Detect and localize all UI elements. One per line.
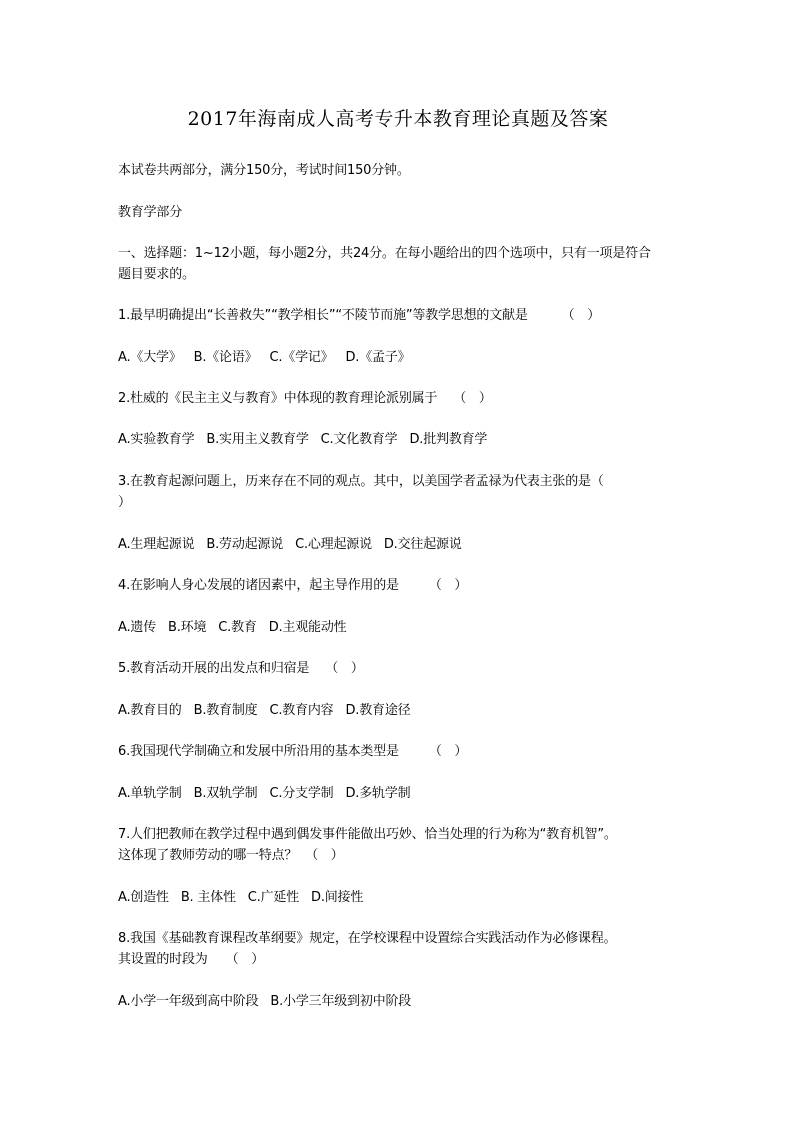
option-d: D.多轨学制 [345, 786, 410, 801]
option-a: A.生理起源说 [118, 537, 194, 552]
option-a: A.《大学》 [118, 350, 182, 365]
question-3: 3.在教育起源问题上，历来存在不同的观点。其中，以美国学者孟禄为代表主张的是（ [118, 471, 604, 492]
question-7-options: A.创造性B. 主体性C.广延性D.间接性 [118, 887, 375, 908]
answer-blank: （ ） [429, 575, 467, 596]
question-4: 4.在影响人身心发展的诸因素中，起主导作用的是（ ） [118, 575, 467, 596]
question-stem: 在教育起源问题上，历来存在不同的观点。其中，以美国学者孟禄为代表主张的是（ [130, 474, 604, 489]
question-8-cont: 其设置的时段为（ ） [118, 949, 264, 970]
document-title: 2017年海南成人高考专升本教育理论真题及答案 [118, 104, 678, 131]
question-8: 8.我国《基础教育课程改革纲要》规定，在学校课程中设置综合实践活动作为必修课程。 [118, 928, 616, 949]
option-b: B.《论语》 [194, 350, 258, 365]
answer-blank: （ ） [226, 949, 264, 970]
option-c: C.教育 [218, 620, 256, 635]
option-a: A.遗传 [118, 620, 156, 635]
option-d: D.间接性 [311, 890, 363, 905]
question-stem-cont: 这体现了教师劳动的哪一特点？ [118, 848, 297, 863]
question-number: 2. [118, 391, 130, 406]
question-number: 7. [118, 827, 130, 842]
question-6-options: A.单轨学制B.双轨学制C.分支学制D.多轨学制 [118, 783, 422, 804]
option-d: D.批判教育学 [409, 432, 487, 447]
section-instructions: 一、选择题：1~12小题，每小题2分，共24分。在每小题给出的四个选项中，只有一… [118, 243, 663, 285]
exam-intro: 本试卷共两部分，满分150分，考试时间150分钟。 [118, 160, 410, 181]
question-7-cont: 这体现了教师劳动的哪一特点？（ ） [118, 845, 344, 866]
question-3-cont: ） [118, 492, 131, 513]
option-c: C.广延性 [248, 890, 299, 905]
question-2: 2.杜威的《民主主义与教育》中体现的教育理论派别属于（ ） [118, 388, 492, 409]
question-number: 4. [118, 578, 130, 593]
option-a: A.实验教育学 [118, 432, 194, 447]
option-b: B.实用主义教育学 [206, 432, 308, 447]
option-d: D.《孟子》 [345, 350, 410, 365]
answer-blank: （ ） [453, 388, 491, 409]
option-b: B.环境 [168, 620, 206, 635]
question-number: 6. [118, 744, 130, 759]
question-7: 7.人们把教师在教学过程中遇到偶发事件能做出巧妙、恰当处理的行为称为“教育机智”… [118, 824, 617, 845]
option-a: A.单轨学制 [118, 786, 182, 801]
question-stem: 在影响人身心发展的诸因素中，起主导作用的是 [130, 578, 399, 593]
question-stem: 杜威的《民主主义与教育》中体现的教育理论派别属于 [130, 391, 437, 406]
question-1: 1.最早明确提出“长善救失”“教学相长”“不陵节而施”等教学思想的文献是（ ） [118, 305, 600, 326]
question-1-options: A.《大学》B.《论语》C.《学记》D.《孟子》 [118, 347, 422, 368]
question-5: 5.教育活动开展的出发点和归宿是（ ） [118, 658, 364, 679]
option-a: A.创造性 [118, 890, 169, 905]
answer-blank: （ ） [429, 741, 467, 762]
question-4-options: A.遗传B.环境C.教育D.主观能动性 [118, 617, 358, 638]
option-b: B.双轨学制 [194, 786, 258, 801]
option-a: A.小学一年级到高中阶段 [118, 994, 258, 1009]
question-6: 6.我国现代学制确立和发展中所沿用的基本类型是（ ） [118, 741, 467, 762]
option-d: D.交往起源说 [384, 537, 462, 552]
question-5-options: A.教育目的B.教育制度C.教育内容D.教育途径 [118, 700, 422, 721]
question-2-options: A.实验教育学B.实用主义教育学C.文化教育学D.批判教育学 [118, 429, 499, 450]
option-d: D.主观能动性 [269, 620, 347, 635]
option-b: B.小学三年级到初中阶段 [270, 994, 411, 1009]
question-stem: 最早明确提出“长善救失”“教学相长”“不陵节而施”等教学思想的文献是 [130, 308, 528, 323]
question-stem-cont: 其设置的时段为 [118, 952, 208, 967]
question-stem: 我国现代学制确立和发展中所沿用的基本类型是 [130, 744, 399, 759]
answer-blank: （ ） [305, 845, 343, 866]
option-c: C.教育内容 [269, 703, 333, 718]
option-b: B. 主体性 [181, 890, 236, 905]
option-c: C.分支学制 [269, 786, 333, 801]
question-stem: 人们把教师在教学过程中遇到偶发事件能做出巧妙、恰当处理的行为称为“教育机智”。 [130, 827, 617, 842]
question-number: 1. [118, 308, 130, 323]
question-number: 8. [118, 931, 130, 946]
option-b: B.劳动起源说 [206, 537, 283, 552]
option-b: B.教育制度 [194, 703, 258, 718]
question-stem: 我国《基础教育课程改革纲要》规定，在学校课程中设置综合实践活动作为必修课程。 [130, 931, 616, 946]
section-heading: 教育学部分 [118, 202, 182, 223]
question-3-options: A.生理起源说B.劳动起源说C.心理起源说D.交往起源说 [118, 534, 474, 555]
answer-blank: （ ） [325, 658, 363, 679]
option-a: A.教育目的 [118, 703, 182, 718]
option-c: C.文化教育学 [321, 432, 398, 447]
option-d: D.教育途径 [345, 703, 410, 718]
question-number: 3. [118, 474, 130, 489]
question-8-options: A.小学一年级到高中阶段B.小学三年级到初中阶段 [118, 991, 423, 1012]
question-number: 5. [118, 661, 130, 676]
option-c: C.《学记》 [269, 350, 333, 365]
question-stem: 教育活动开展的出发点和归宿是 [130, 661, 309, 676]
answer-blank: （ ） [562, 305, 600, 326]
option-c: C.心理起源说 [295, 537, 372, 552]
